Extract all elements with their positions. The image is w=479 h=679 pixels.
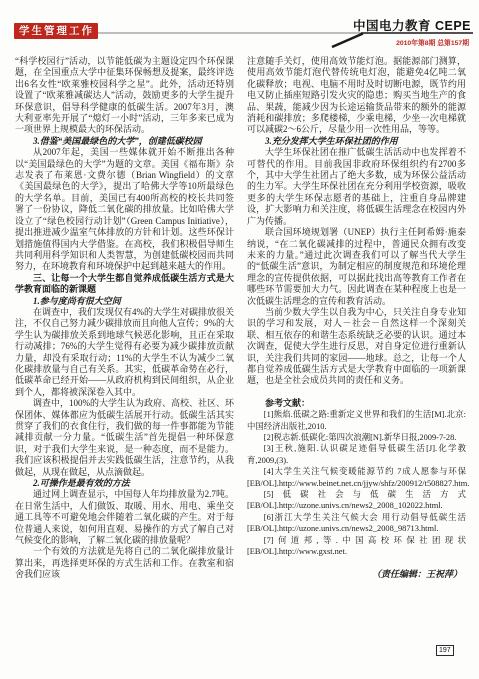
reference-item: [6]浙江大学生关注气候大会 用行动倡导低碳生活[EB/OL].http://u… [247,512,466,535]
reference-item: [4]大学生关注气候变暖能源节约 7成人愿参与环保[EB/OL].http://… [247,466,466,489]
reference-item: [1]熊焰.低碳之路:重新定义世界和我们的生活[M].北京:中国经济出版社,20… [247,409,466,432]
paragraph: 通过网上调查显示，中国每人年均排放量为2.7吨。在日常生活中，人们做饭、取暖、用… [15,489,234,546]
paragraph-continuation: “科学校园行”活动，以节能低碳为主题设定四个环保课题，在全国重点大学中征集环保畅… [15,56,234,136]
reference-item: [7]何道邦,等.中国高校环保社团现状[EB/OL].http://www.gx… [247,535,466,558]
subsection-heading-participation: 1.参与度尚有很大空间 [15,296,234,307]
subsection-heading-operability: 2.可操作是最有效的方法 [15,478,234,489]
page-header: 学生管理工作 中国电力教育 CEPE 2010年第8期 总第157期 [0,0,479,56]
journal-page: 学生管理工作 中国电力教育 CEPE 2010年第8期 总第157期 “科学校园… [0,0,479,679]
section-badge: 学生管理工作 [14,23,98,39]
issue-info: 2010年第8期 总第157期 [396,37,469,47]
paragraph: 在调查中，我们发现仅有4%的大学生对碳排放很关注，不仅自己努力减少碳排放而且向他… [15,307,234,398]
reference-item: [3]王秋,施阳.认识碳足迹倡导低碳生活[J].化学教育,2009,(3). [247,443,466,466]
reference-item: [5]低碳社会与低碳生活方式[EB/OL].http://uzone.univs… [247,489,466,512]
page-number: 197 [436,645,454,656]
reference-item: [2]税志新.低碳化:第四次浪潮[N].新华日报,2009-7-28. [247,432,466,443]
subsection-heading-green-universities: 3.借鉴“美国最绿色的大学”，创建低碳校园 [15,136,234,147]
journal-title: 中国电力教育 CEPE [353,16,471,34]
references-title: 参考文献： [247,398,466,409]
section-heading-three: 三、让每一个大学生都自觉养成低碳生活方式是大学教育面临的新课题 [15,273,234,296]
paragraph: 一个有效的方法就是先将自己的二氧化碳排放量计算出来，再选择更环保的方式生活和工作… [15,546,234,580]
paragraph: 联合国环境规划署（UNEP）执行主任阿希姆·施泰纳说，“在二氧化碳减排的过程中，… [247,227,466,307]
paragraph: 大学生环保社团在推广低碳生活活动中也发挥着不可替代的作用。目前我国非政府环保组织… [247,147,466,227]
subsection-heading-eco-clubs: 3.充分发挥大学生环保社团的作用 [247,136,466,147]
editor-note: （责任编辑：王祝萍） [247,569,466,580]
article-body: “科学校园行”活动，以节能低碳为主题设定四个环保课题，在全国重点大学中征集环保畅… [15,56,467,581]
paragraph-continuation: 注意随手关灯，使用高效节能灯泡。据能源部门测算，使用高效节能灯泡代替传统电灯泡，… [247,56,466,136]
paragraph: 当前少数大学生以自我为中心，只关注自身专业知识的学习和发展，对人－社会－自然这样… [247,307,466,387]
left-column: “科学校园行”活动，以节能低碳为主题设定四个环保课题，在全国重点大学中征集环保畅… [15,56,234,581]
right-column: 注意随手关灯，使用高效节能灯泡。据能源部门测算，使用高效节能灯泡代替传统电灯泡，… [247,56,466,581]
paragraph: 调查中，100%的大学生认为政府、高校、社区、环保团体、媒体都应为低碳生活展开行… [15,398,234,478]
paragraph: 从2007年起，美国一些媒体就开始不断推出各种以“美国最绿色的大学”为题的文章。… [15,147,234,272]
